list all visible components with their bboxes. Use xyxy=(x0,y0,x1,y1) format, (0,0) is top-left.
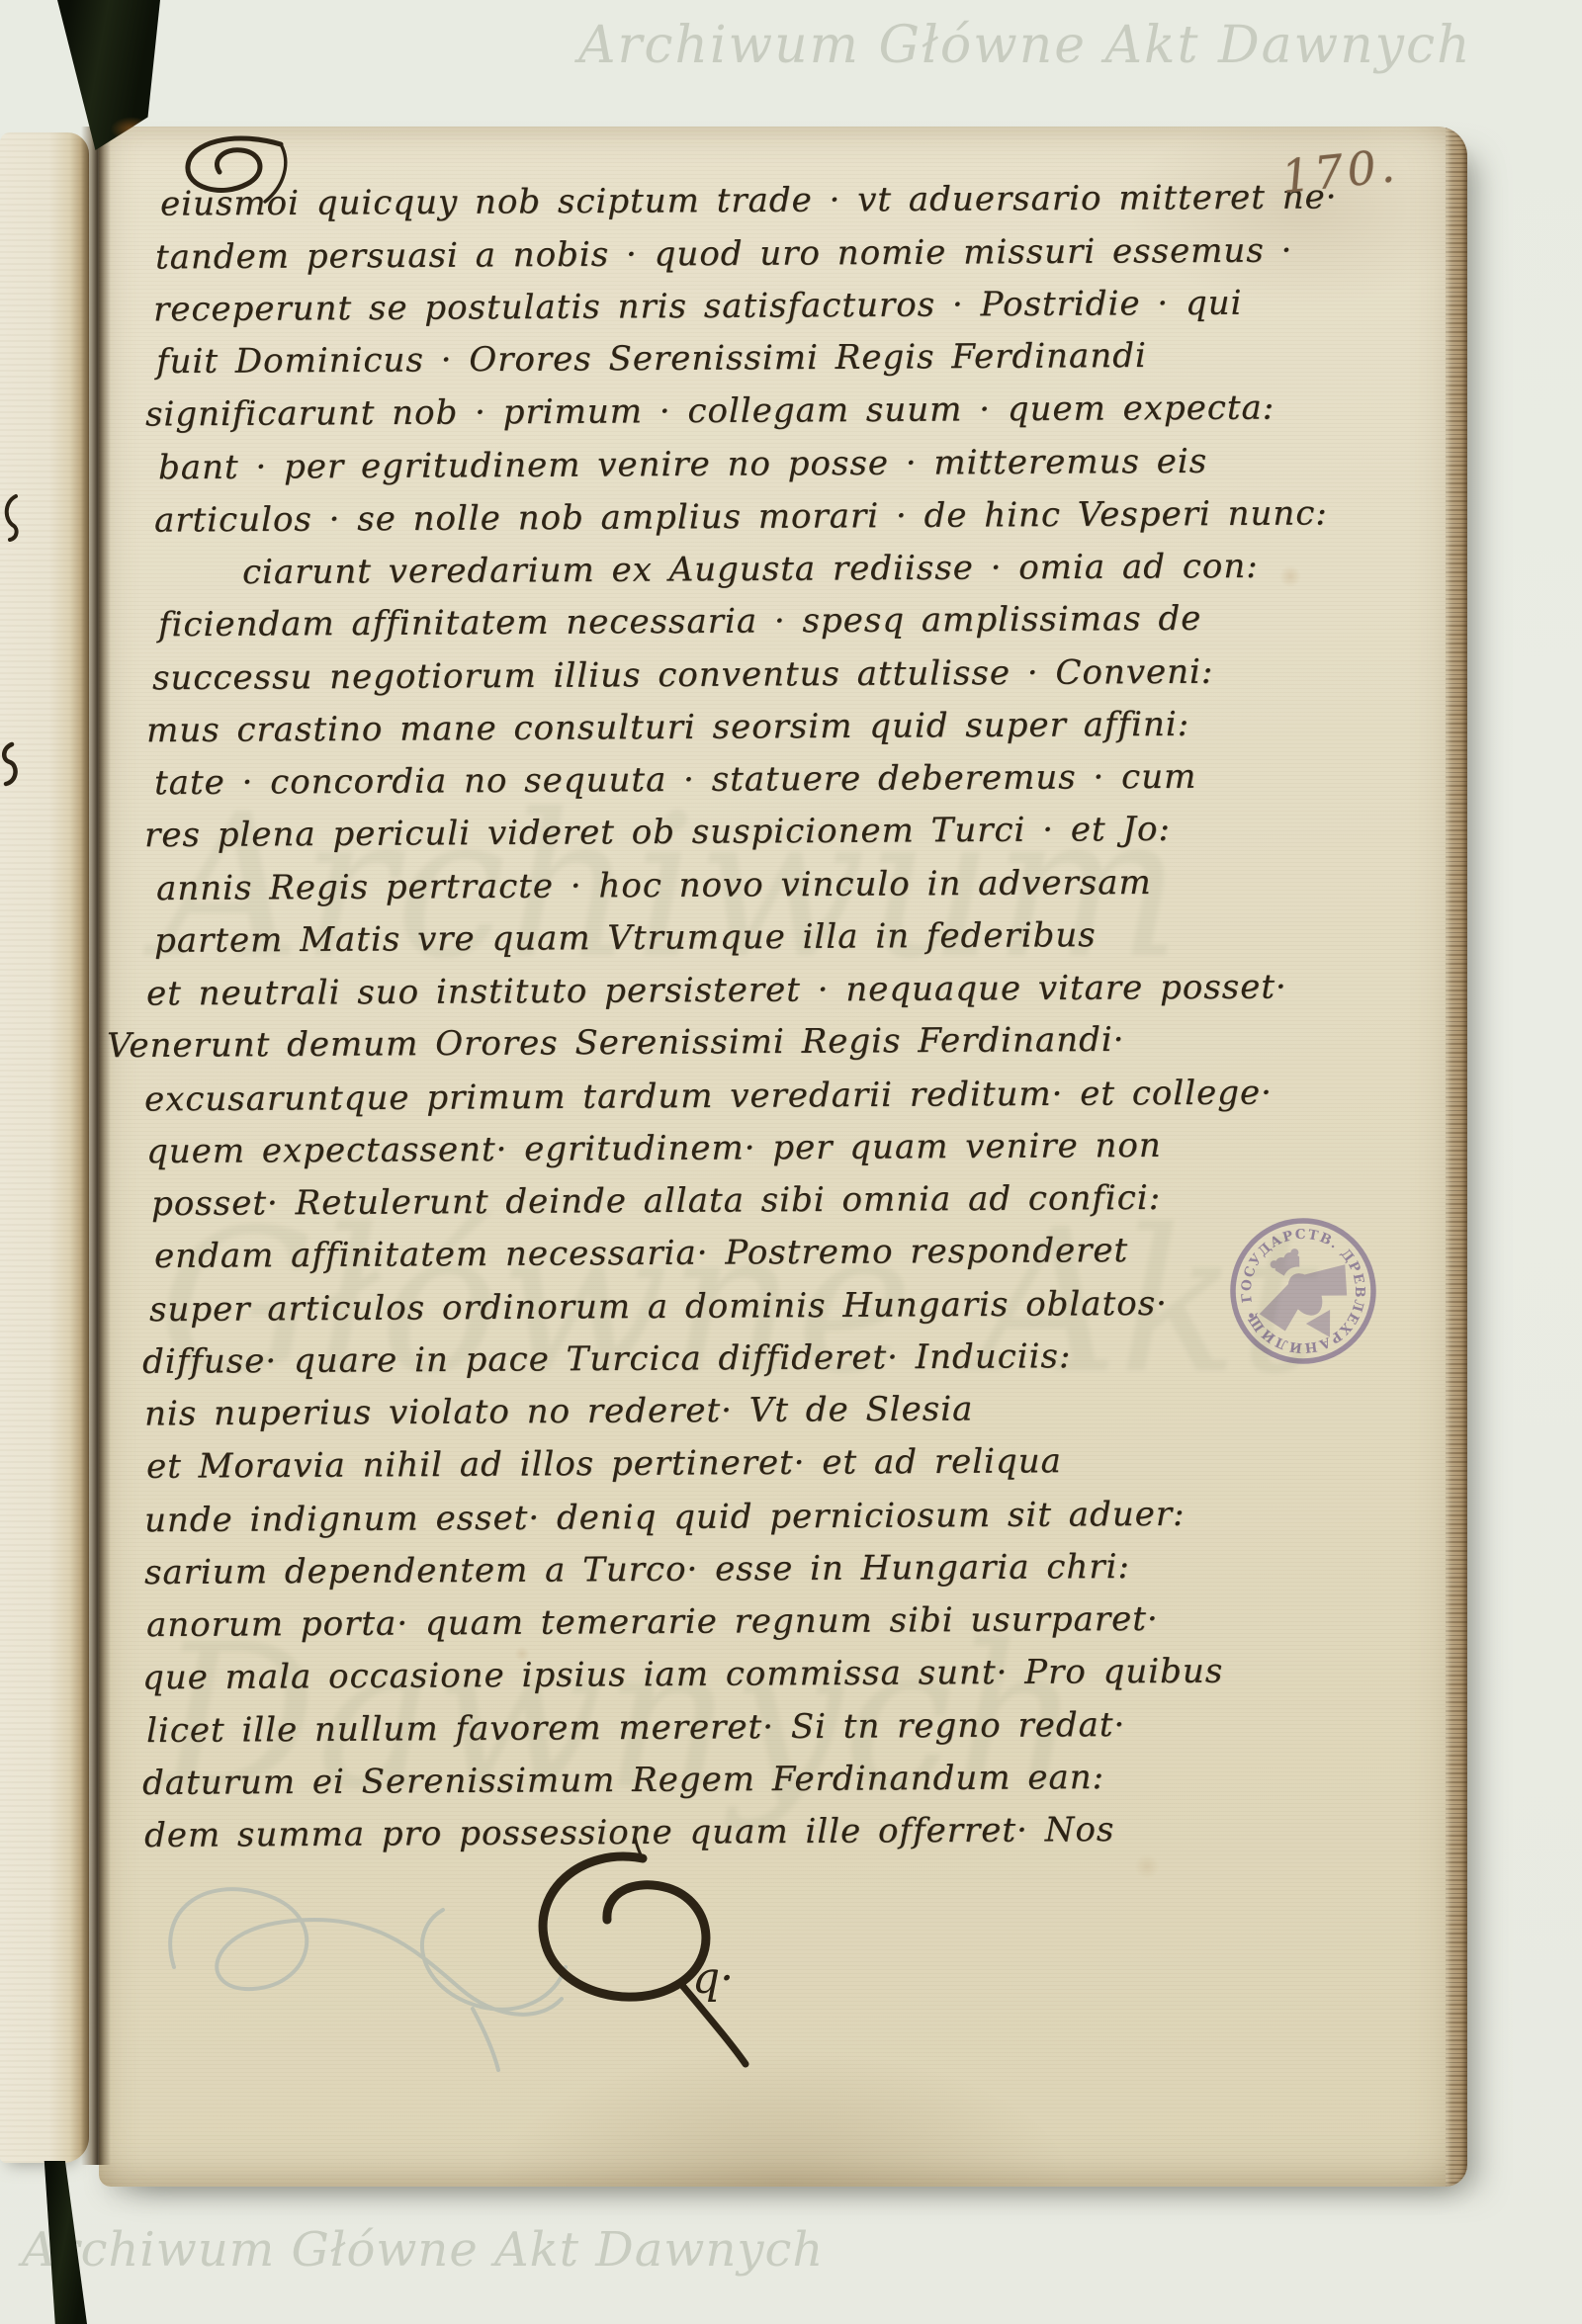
manuscript-line: endam affinitatem necessaria· Postremo r… xyxy=(154,1234,1128,1273)
facing-page-edge xyxy=(0,132,89,2163)
manuscript-line: excusaruntque primum tardum veredarii re… xyxy=(144,1076,1273,1117)
manuscript-line: significarunt nob · primum · collegam su… xyxy=(145,391,1274,432)
manuscript-line: anorum porta· quam temerarie regnum sibi… xyxy=(146,1602,1159,1642)
manuscript-line: receperunt se postulatis nris satisfactu… xyxy=(153,287,1243,327)
manuscript-line: partem Matis vre quam Vtrumque illa in f… xyxy=(154,918,1097,958)
manuscript-line: ficiendam affinitatem necessaria · spesq… xyxy=(158,602,1201,642)
manuscript-line: res plena periculi videret ob suspicione… xyxy=(144,813,1171,852)
manuscript-text: eiusmoi quicquy nob sciptum trade · vt a… xyxy=(99,127,1467,2187)
manuscript-line: nis nuperius violato no rederet· Vt de S… xyxy=(144,1392,974,1430)
pen-flourish xyxy=(486,1829,783,2076)
manuscript-line: et neutrali suo instituto persisteret · … xyxy=(146,970,1287,1010)
manuscript-line: tate · concordia no sequuta · statuere d… xyxy=(154,760,1196,800)
manuscript-line: unde indignum esset· deniq quid pernicio… xyxy=(144,1498,1186,1537)
manuscript-page: Archiwum Główne Akt Dawnych 170. eiusmoi… xyxy=(99,127,1467,2187)
gutter-shadow xyxy=(81,127,111,2165)
manuscript-line: diffuse· quare in pace Turcica diffidere… xyxy=(142,1339,1072,1379)
margin-ink-mark-upper xyxy=(0,492,22,544)
manuscript-line: annis Regis pertracte · hoc novo vinculo… xyxy=(156,866,1152,905)
manuscript-line: et Moravia nihil ad illos pertineret· et… xyxy=(146,1444,1062,1484)
manuscript-line: ciarunt veredarium ex Augusta rediisse ·… xyxy=(242,550,1259,589)
archive-scan: { "watermark": { "text": "Archiwum Główn… xyxy=(0,0,1582,2324)
manuscript-line: eiusmoi quicquy nob sciptum trade · vt a… xyxy=(160,180,1338,220)
manuscript-line: super articulos ordinorum a dominis Hung… xyxy=(149,1287,1168,1327)
margin-ink-mark-lower xyxy=(0,741,20,787)
manuscript-line: fuit Dominicus · Orores Serenissimi Regi… xyxy=(156,339,1147,379)
manuscript-line: sarium dependentem a Turco· esse in Hung… xyxy=(144,1550,1130,1590)
manuscript-line: daturum ei Serenissimum Regem Ferdinandu… xyxy=(142,1761,1104,1800)
flourish-glyph: q· xyxy=(692,1953,734,2004)
manuscript-line: bant · per egritudinem venire no posse ·… xyxy=(158,445,1207,484)
manuscript-line: posset· Retulerunt deinde allata sibi om… xyxy=(151,1181,1161,1221)
manuscript-line: Venerunt demum Orores Serenissimi Regis … xyxy=(107,1023,1125,1063)
manuscript-line: quem expectassent· egritudinem· per quam… xyxy=(146,1129,1162,1168)
page-fore-edge xyxy=(1446,127,1467,2187)
manuscript-line: successu negotiorum illius conventus att… xyxy=(152,655,1214,696)
manuscript-line: que mala occasione ipsius iam commissa s… xyxy=(142,1655,1223,1695)
manuscript-line: mus crastino mane consulturi seorsim qui… xyxy=(146,708,1189,747)
manuscript-line: licet ille nullum favorem mereret· Si tn… xyxy=(146,1708,1126,1748)
watermark-bottom: Archiwum Główne Akt Dawnych xyxy=(22,2222,824,2278)
manuscript-line: tandem persuasi a nobis · quod uro nomie… xyxy=(155,233,1293,274)
manuscript-line: articulos · se nolle nob amplius morari … xyxy=(154,496,1328,537)
watermark-top: Archiwum Główne Akt Dawnych xyxy=(578,16,1472,75)
